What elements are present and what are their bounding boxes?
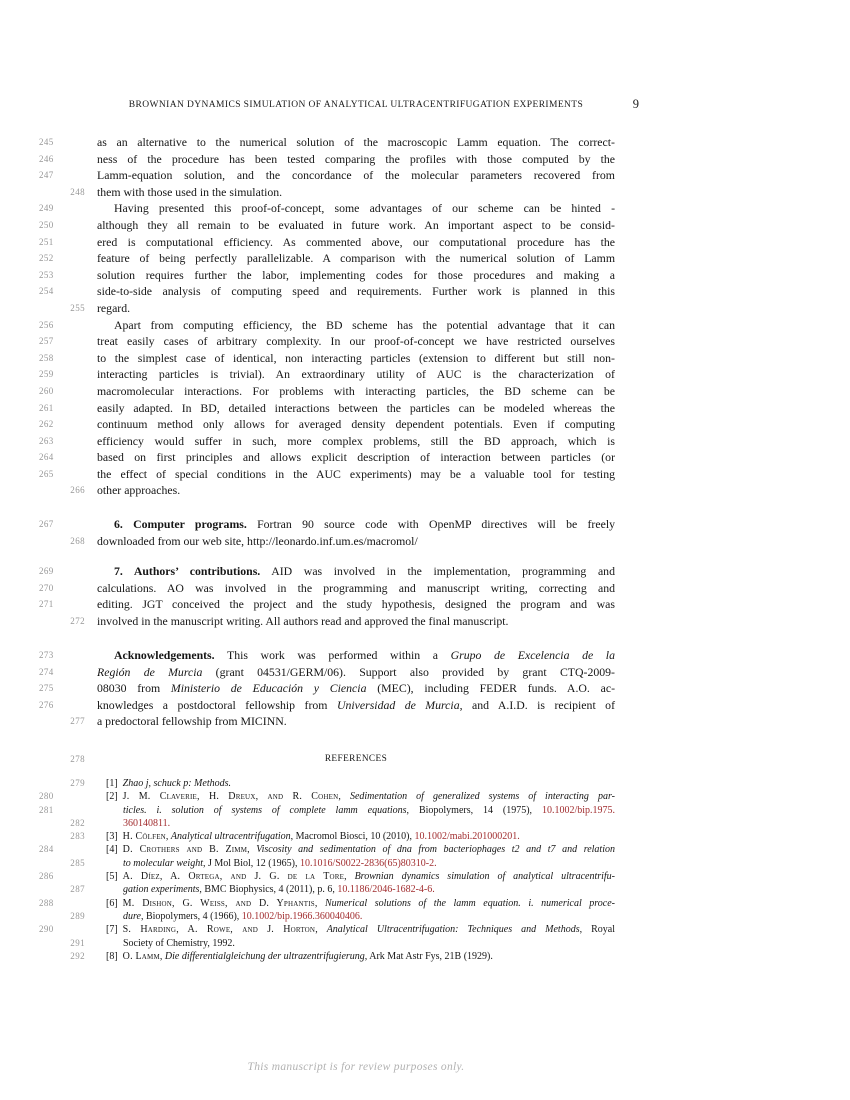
reference-line: 279[1]Zhao j, schuck p: Methods. [97, 777, 615, 790]
body-line: 263efficiency would suffer in such, more… [97, 433, 615, 450]
running-head: BROWNIAN DYNAMICS SIMULATION OF ANALYTIC… [97, 100, 615, 110]
review-purposes-notice: This manuscript is for review purposes o… [97, 1061, 615, 1073]
text-segment: (grant 04531/GERM/06). Support also prov… [202, 665, 615, 679]
section-acknowledgements: 273Acknowledgements. This work was perfo… [97, 647, 615, 730]
body-line: 265the effect of special conditions in t… [97, 466, 615, 483]
text-segment: , Ark Mat Astr Fys, 21B (1929). [365, 951, 493, 962]
line-number: 246 [39, 151, 85, 168]
doi-link[interactable]: 10.1186/2046-1682-4-6. [337, 884, 434, 895]
body-line: 252feature of being perfectly paralleliz… [97, 250, 615, 267]
references-heading: 278REFERENCES [97, 753, 615, 766]
line-number: 269 [39, 563, 85, 580]
line-number: 281 [39, 804, 85, 817]
text-segment: O. Lamm [123, 951, 160, 962]
doi-link[interactable]: 10.1002/bip.1975. [542, 805, 615, 816]
body-line: 2676. Computer programs. Fortran 90 sour… [97, 516, 615, 533]
body-line: 266other approaches. [97, 482, 615, 499]
line-number: 277 [39, 713, 85, 730]
reference-label: [2] [106, 791, 118, 802]
line-number: 266 [39, 482, 85, 499]
line-number: 247 [39, 167, 85, 184]
text-segment: calculations. AO was involved in the pro… [97, 581, 615, 595]
text-segment: 6. Computer programs. [114, 517, 247, 531]
text-segment: ered is computational efficiency. As com… [97, 235, 615, 249]
body-line: 259interacting particles is trivial). An… [97, 366, 615, 383]
line-number: 264 [39, 449, 85, 466]
text-segment: Viscosity and sedimentation of dna from … [256, 844, 615, 855]
line-number: 268 [39, 533, 85, 550]
text-segment: REFERENCES [325, 754, 387, 764]
text-segment: Analytical Ultracentrifugation: Techniqu… [327, 924, 580, 935]
body-line: 277a predoctoral fellowship from MICINN. [97, 713, 615, 730]
text-segment: Acknowledgements. [114, 648, 215, 662]
text-segment: 7. Authors’ contributions. [114, 564, 260, 578]
reference-line: 288[6]M. Dishon, G. Weiss, and D. Yphant… [97, 897, 615, 910]
section-authors-contributions: 2697. Authors’ contributions. AID was in… [97, 563, 615, 629]
line-number: 272 [39, 613, 85, 630]
line-number: 282 [39, 817, 85, 830]
text-segment: a predoctoral fellowship from MICINN. [97, 714, 287, 728]
text-segment: Grupo de Excelencia de la [451, 648, 615, 662]
line-number: 271 [39, 596, 85, 613]
line-number: 283 [39, 830, 85, 843]
line-number: 275 [39, 680, 85, 697]
line-number: 267 [39, 516, 85, 533]
body-line: 276knowledges a postdoctoral fellowship … [97, 697, 615, 714]
text-segment: macromolecular interactions. For problem… [97, 384, 615, 398]
reference-label: [7] [106, 924, 118, 935]
line-number: 288 [39, 897, 85, 910]
doi-link[interactable]: 10.1002/bip.1966.360040406. [242, 911, 363, 922]
text-segment: AID was involved in the implementation, … [260, 564, 615, 578]
text-segment: efficiency would suffer in such, more co… [97, 434, 615, 448]
body-line: 262continuum method only allows for aver… [97, 416, 615, 433]
text-segment: Región de Murcia [97, 665, 202, 679]
body-line: 258to the simplest case of identical, no… [97, 350, 615, 367]
body-line: 253solution requires further the labor, … [97, 267, 615, 284]
body-line: 251ered is computational efficiency. As … [97, 234, 615, 251]
body-line: 248them with those used in the simulatio… [97, 184, 615, 201]
line-number: 251 [39, 234, 85, 251]
text-segment: although they all remain to be evaluated… [97, 218, 615, 232]
body-line: 257treat easily cases of arbitrary compl… [97, 333, 615, 350]
reference-label: [1] [106, 778, 118, 789]
line-number: 248 [39, 184, 85, 201]
text-segment: editing. JGT conceived the project and t… [97, 597, 615, 611]
text-segment: A. Díez, A. Ortega, and J. G. de la Tore [123, 871, 344, 882]
body-line: 250although they all remain to be evalua… [97, 217, 615, 234]
line-number: 270 [39, 580, 85, 597]
body-line: 254side-to-side analysis of computing sp… [97, 283, 615, 300]
doi-link[interactable]: 10.1002/mabi.201000201. [415, 831, 520, 842]
line-number: 280 [39, 790, 85, 803]
reference-label: [5] [106, 871, 118, 882]
line-number: 253 [39, 267, 85, 284]
text-segment: side-to-side analysis of computing speed… [97, 284, 615, 298]
body-line: 268downloaded from our web site, http://… [97, 533, 615, 550]
text-segment: solution requires further the labor, imp… [97, 268, 615, 282]
text-segment: This work was performed within a [215, 648, 451, 662]
line-number: 287 [39, 883, 85, 896]
text-segment: to the simplest case of identical, non i… [97, 351, 615, 365]
reference-line: 284[4]D. Crothers and B. Zimm, Viscosity… [97, 843, 615, 856]
body-line: 256Apart from computing efficiency, the … [97, 317, 615, 334]
line-number: 279 [39, 777, 85, 790]
line-number: 284 [39, 843, 85, 856]
text-column: BROWNIAN DYNAMICS SIMULATION OF ANALYTIC… [97, 0, 615, 1100]
line-number: 257 [39, 333, 85, 350]
body-line: 264based on first principles and allows … [97, 449, 615, 466]
page-number: 9 [633, 97, 639, 112]
reference-line: 286[5]A. Díez, A. Ortega, and J. G. de l… [97, 870, 615, 883]
text-segment: , [315, 924, 327, 935]
reference-label: [3] [106, 831, 118, 842]
text-segment: , [247, 844, 256, 855]
text-segment: , [344, 871, 354, 882]
text-segment: involved in the manuscript writing. All … [97, 614, 508, 628]
text-segment: Zhao j, schuck p: Methods. [123, 778, 231, 789]
reference-label: [4] [106, 844, 118, 855]
text-segment: the effect of special conditions in the … [97, 467, 615, 481]
text-segment: to molecular weight [123, 858, 203, 869]
line-number: 263 [39, 433, 85, 450]
line-number: 262 [39, 416, 85, 433]
reference-line: 281ticles. i. solution of systems of com… [97, 804, 615, 817]
text-segment: , BMC Biophysics, 4 (2011), p. 6, [199, 884, 337, 895]
text-segment: feature of being perfectly parallelizabl… [97, 251, 615, 265]
line-number: 249 [39, 200, 85, 217]
body-line: 261easily adapted. In BD, detailed inter… [97, 400, 615, 417]
body-paragraph-group-1: 245as an alternative to the numerical so… [97, 134, 615, 499]
line-number: 255 [39, 300, 85, 317]
body-line: 270calculations. AO was involved in the … [97, 580, 615, 597]
reference-line: 285to molecular weight, J Mol Biol, 12 (… [97, 857, 615, 870]
line-number: 256 [39, 317, 85, 334]
text-segment: Ministerio de Educación y Ciencia [171, 681, 367, 695]
line-number: 292 [39, 950, 85, 963]
line-number: 245 [39, 134, 85, 151]
text-segment: , Biopolymers, 4 (1966), [141, 911, 242, 922]
text-segment: easily adapted. In BD, detailed interact… [97, 401, 615, 415]
text-segment: Lamm-equation solution, and the concorda… [97, 168, 615, 182]
line-number: 273 [39, 647, 85, 664]
body-line: 272involved in the manuscript writing. A… [97, 613, 615, 630]
text-segment: Die differentialgleichung der ultrazentr… [165, 951, 365, 962]
reference-line: 292[8]O. Lamm, Die differentialgleichung… [97, 950, 615, 963]
reference-line: 280[2]J. M. Claverie, H. Dreux, and R. C… [97, 790, 615, 803]
body-line: 247Lamm-equation solution, and the conco… [97, 167, 615, 184]
text-segment: D. Crothers and B. Zimm [123, 844, 247, 855]
line-number: 285 [39, 857, 85, 870]
body-line: 255regard. [97, 300, 615, 317]
reference-line: 282360140811. [97, 817, 615, 830]
text-segment: M. Dishon, G. Weiss, and D. Yphantis [123, 898, 315, 909]
text-segment: Analytical ultracentrifugation [171, 831, 291, 842]
body-line: 260macromolecular interactions. For prob… [97, 383, 615, 400]
line-number: 286 [39, 870, 85, 883]
line-number: 274 [39, 664, 85, 681]
doi-link[interactable]: 10.1016/S0022-2836(65)80310-2. [300, 858, 437, 869]
text-segment: , J Mol Biol, 12 (1965), [203, 858, 300, 869]
text-segment: knowledges a postdoctoral fellowship fro… [97, 698, 337, 712]
body-line: 27508030 from Ministerio de Educación y … [97, 680, 615, 697]
text-segment: , [338, 791, 350, 802]
running-head-title: BROWNIAN DYNAMICS SIMULATION OF ANALYTIC… [129, 100, 583, 110]
reference-label: [8] [106, 951, 118, 962]
text-segment: , and A.I.D. is recipient of [460, 698, 615, 712]
text-segment: (MEC), including FEDER funds. A.O. ac- [366, 681, 615, 695]
text-segment: , [315, 898, 325, 909]
doi-link[interactable]: 360140811. [123, 818, 170, 829]
text-segment: ticles. i. solution of systems of comple… [123, 805, 407, 816]
line-number: 276 [39, 697, 85, 714]
line-number: 261 [39, 400, 85, 417]
line-number: 250 [39, 217, 85, 234]
line-number: 259 [39, 366, 85, 383]
line-number: 258 [39, 350, 85, 367]
line-number: 278 [39, 753, 85, 766]
text-segment: Universidad de Murcia [337, 698, 460, 712]
line-number: 254 [39, 283, 85, 300]
text-segment: regard. [97, 301, 130, 315]
line-number: 290 [39, 923, 85, 936]
line-number: 260 [39, 383, 85, 400]
text-segment: Having presented this proof-of-concept, … [114, 201, 615, 215]
reference-line: 283[3]H. Cölfen, Analytical ultracentrif… [97, 830, 615, 843]
text-segment: , Macromol Biosci, 10 (2010), [291, 831, 415, 842]
text-segment: Sedimentation of generalized systems of … [350, 791, 615, 802]
text-segment: downloaded from our web site, http://leo… [97, 534, 418, 548]
body-line: 274Región de Murcia (grant 04531/GERM/06… [97, 664, 615, 681]
reference-line: 287gation experiments, BMC Biophysics, 4… [97, 883, 615, 896]
line-number: 265 [39, 466, 85, 483]
text-segment: treat easily cases of arbitrary complexi… [97, 334, 615, 348]
body-line: 273Acknowledgements. This work was perfo… [97, 647, 615, 664]
text-segment: , Royal [580, 924, 615, 935]
reference-label: [6] [106, 898, 118, 909]
text-segment: H. Cölfen [123, 831, 166, 842]
text-segment: Numerical solutions of the lamm equation… [325, 898, 615, 909]
text-segment: them with those used in the simulation. [97, 185, 282, 199]
text-segment: based on first principles and allows exp… [97, 450, 615, 464]
text-segment: ness of the procedure has been tested co… [97, 152, 615, 166]
text-segment: continuum method only allows for average… [97, 417, 615, 431]
references-list: 279[1]Zhao j, schuck p: Methods.280[2]J.… [97, 777, 615, 963]
text-segment: gation experiments [123, 884, 199, 895]
body-line: 249Having presented this proof-of-concep… [97, 200, 615, 217]
text-segment: , Biopolymers, 14 (1975), [407, 805, 542, 816]
text-segment: Fortran 90 source code with OpenMP direc… [247, 517, 615, 531]
text-segment: as an alternative to the numerical solut… [97, 135, 615, 149]
reference-line: 290[7]S. Harding, A. Rowe, and J. Horton… [97, 923, 615, 936]
text-segment: Brownian dynamics simulation of analytic… [355, 871, 615, 882]
text-segment: Apart from computing efficiency, the BD … [114, 318, 615, 332]
text-segment: dure [123, 911, 141, 922]
line-number: 291 [39, 937, 85, 950]
text-segment: other approaches. [97, 483, 180, 497]
reference-line: 291Society of Chemistry, 1992. [97, 937, 615, 950]
text-segment: J. M. Claverie, H. Dreux, and R. Cohen [123, 791, 339, 802]
references-heading-line: 278REFERENCES [97, 753, 615, 766]
line-number: 252 [39, 250, 85, 267]
text-segment: S. Harding, A. Rowe, and J. Horton [123, 924, 316, 935]
text-segment: Society of Chemistry, 1992. [123, 938, 235, 949]
line-number: 289 [39, 910, 85, 923]
section-computer-programs: 2676. Computer programs. Fortran 90 sour… [97, 516, 615, 549]
body-line: 2697. Authors’ contributions. AID was in… [97, 563, 615, 580]
body-line: 246ness of the procedure has been tested… [97, 151, 615, 168]
reference-line: 289dure, Biopolymers, 4 (1966), 10.1002/… [97, 910, 615, 923]
body-line: 271editing. JGT conceived the project an… [97, 596, 615, 613]
manuscript-page: BROWNIAN DYNAMICS SIMULATION OF ANALYTIC… [0, 0, 850, 1100]
text-segment: interacting particles is trivial). An ex… [97, 367, 615, 381]
body-line: 245as an alternative to the numerical so… [97, 134, 615, 151]
text-segment: 08030 from [97, 681, 171, 695]
